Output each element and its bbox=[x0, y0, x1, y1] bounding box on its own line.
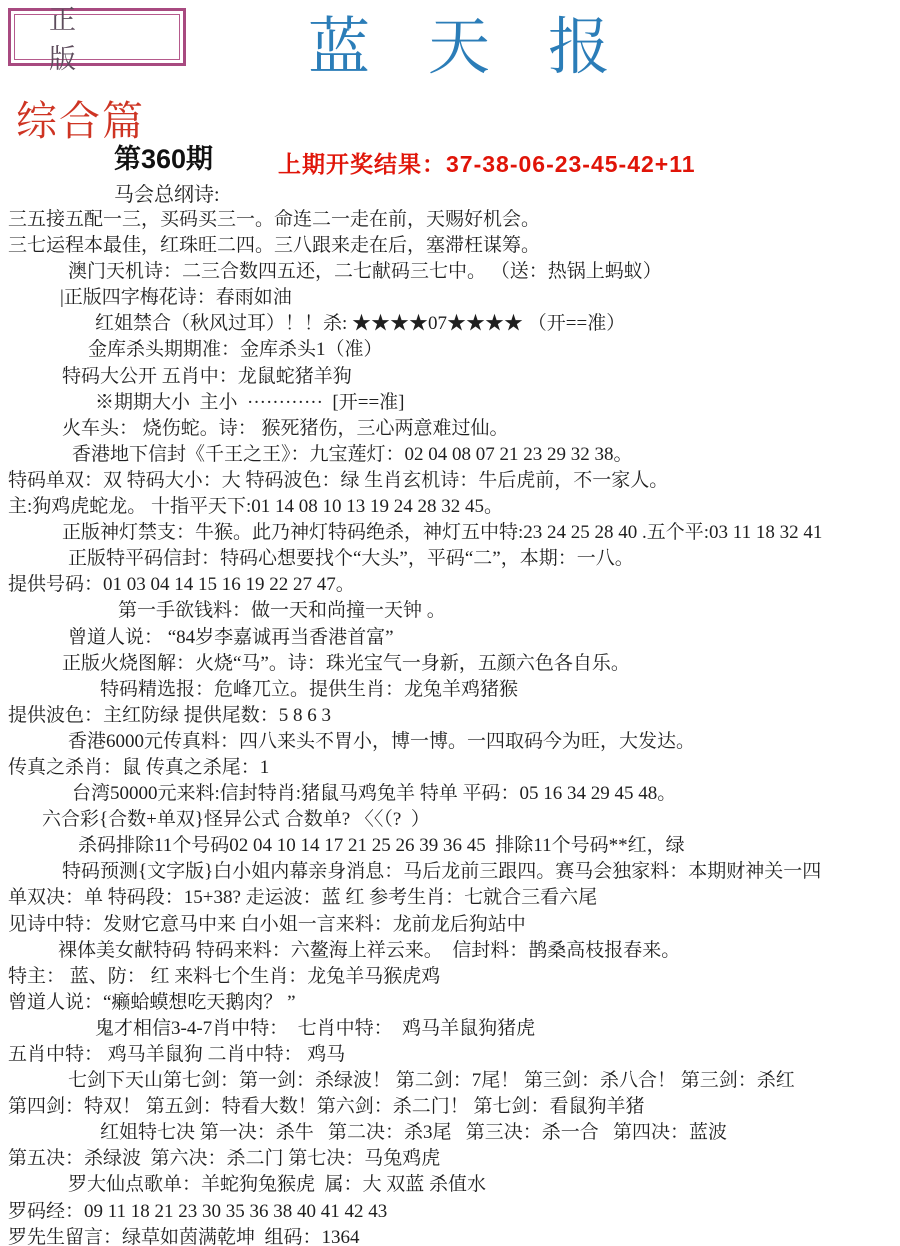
verse-intro-label: 马会总纲诗: bbox=[114, 178, 220, 207]
issue-number: 第360期 bbox=[114, 137, 213, 176]
body-line: 正版神灯禁支：牛猴。此乃神灯特码绝杀，神灯五中特:23 24 25 28 40 … bbox=[0, 520, 900, 546]
body-line: 主:狗鸡虎蛇龙。 十指平天下:01 14 08 10 13 19 24 28 3… bbox=[0, 494, 900, 520]
body-line: 澳门天机诗：二三合数四五还，二七献码三七中。 （送：热锅上蚂蚁） bbox=[0, 259, 900, 285]
body-line: 红姐禁合（秋风过耳）！！杀: ★★★★07★★★★ （开==准） bbox=[0, 311, 900, 337]
body-line: 金库杀头期期准：金库杀头1（准） bbox=[0, 337, 900, 363]
authentic-stamp-inner-border: 正 版 bbox=[14, 14, 180, 60]
body-line: ※期期大小 主小 ············ [开==准] bbox=[0, 390, 900, 416]
body-line: 鬼才相信3-4-7肖中特： 七肖中特： 鸡马羊鼠狗猪虎 bbox=[0, 1016, 900, 1042]
body-line: 三五接五配一三，买码买三一。命连二一走在前，天赐好机会。 bbox=[0, 207, 900, 233]
authentic-stamp-label: 正 版 bbox=[15, 0, 179, 76]
body-line: 特码精选报：危峰兀立。提供生肖：龙兔羊鸡猪猴 bbox=[0, 677, 900, 703]
body-line: 红姐特七决 第一决：杀牛 第二决：杀3尾 第三决：杀一合 第四决：蓝波 bbox=[0, 1120, 900, 1146]
body-line: 罗大仙点歌单：羊蛇狗兔猴虎 属：大 双蓝 杀值水 bbox=[0, 1172, 900, 1198]
body-line: 见诗中特：发财它意马中来 白小姐一言来料：龙前龙后狗站中 bbox=[0, 912, 900, 938]
body-line: 火车头： 烧伤蛇。诗： 猴死猪伤，三心两意难过仙。 bbox=[0, 416, 900, 442]
body-line: 三七运程本最佳，红珠旺二四。三八跟来走在后，塞滞枉谋筹。 bbox=[0, 233, 900, 259]
body-line: 曾道人说：“癞蛤蟆想吃天鹅肉？ ” bbox=[0, 990, 900, 1016]
body-line: 提供波色：主红防绿 提供尾数：5 8 6 3 bbox=[0, 703, 900, 729]
body-line: 正版火烧图解：火烧“马”。诗：珠光宝气一身新，五颜六色各自乐。 bbox=[0, 651, 900, 677]
last-draw-result: 上期开奖结果：37-38-06-23-45-42+11 bbox=[278, 146, 696, 179]
body-line: 单双决：单 特码段：15+38? 走运波：蓝 红 参考生肖：七就合三看六尾 bbox=[0, 885, 900, 911]
body-line: 特码预测{文字版}白小姐内幕亲身消息：马后龙前三跟四。赛马会独家料：本期财神关一… bbox=[0, 859, 900, 885]
body-lines: 三五接五配一三，买码买三一。命连二一走在前，天赐好机会。三七运程本最佳，红珠旺二… bbox=[0, 207, 900, 1246]
body-line: |正版四字梅花诗：春雨如油 bbox=[0, 285, 900, 311]
body-line: 特码大公开 五肖中：龙鼠蛇猪羊狗 bbox=[0, 364, 900, 390]
body-line: 杀码排除11个号码02 04 10 14 17 21 25 26 39 36 4… bbox=[0, 833, 900, 859]
body-line: 罗码经：09 11 18 21 23 30 35 36 38 40 41 42 … bbox=[0, 1199, 900, 1225]
body-line: 提供号码：01 03 04 14 15 16 19 22 27 47。 bbox=[0, 572, 900, 598]
body-line: 正版特平码信封：特码心想要找个“大头”，平码“二”，本期：一八。 bbox=[0, 546, 900, 572]
body-line: 六合彩{合数+单双}怪异公式 合数单? 〈〈（? ） bbox=[0, 807, 900, 833]
body-line: 传真之杀肖：鼠 传真之杀尾：1 bbox=[0, 755, 900, 781]
body-line: 第四剑：特双！ 第五剑：特看大数！第六剑：杀二门！ 第七剑：看鼠狗羊猪 bbox=[0, 1094, 900, 1120]
newspaper-page: 正 版 蓝天报 综合篇 第360期 上期开奖结果：37-38-06-23-45-… bbox=[0, 0, 900, 1246]
body-line: 裸体美女献特码 特码来料：六鳌海上祥云来。 信封料：鹊桑高枝报春来。 bbox=[0, 938, 900, 964]
body-line: 特主： 蓝、防： 红 来料七个生肖：龙兔羊马猴虎鸡 bbox=[0, 964, 900, 990]
body-line: 七剑下天山第七剑：第一剑：杀绿波！ 第二剑：7尾！ 第三剑：杀八合！ 第三剑：杀… bbox=[0, 1068, 900, 1094]
authentic-stamp-box: 正 版 bbox=[8, 8, 186, 66]
body-line: 第五决：杀绿波 第六决：杀二门 第七决：马兔鸡虎 bbox=[0, 1146, 900, 1172]
body-line: 第一手欲钱料：做一天和尚撞一天钟 。 bbox=[0, 598, 900, 624]
body-line: 曾道人说： “84岁李嘉诚再当香港首富” bbox=[0, 625, 900, 651]
body-line: 五肖中特： 鸡马羊鼠狗 二肖中特： 鸡马 bbox=[0, 1042, 900, 1068]
body-line: 香港地下信封《千王之王》：九宝莲灯：02 04 08 07 21 23 29 3… bbox=[0, 442, 900, 468]
body-line: 特码单双：双 特码大小：大 特码波色：绿 生肖玄机诗：牛后虎前，不一家人。 bbox=[0, 468, 900, 494]
body-line: 香港6000元传真料：四八来头不胃小，博一博。一四取码今为旺，大发达。 bbox=[0, 729, 900, 755]
body-line: 罗先生留言：绿草如茵满乾坤 组码：1364 bbox=[0, 1225, 900, 1246]
body-line: 台湾50000元来料:信封特肖:猪鼠马鸡兔羊 特单 平码：05 16 34 29… bbox=[0, 781, 900, 807]
paper-title: 蓝天报 bbox=[308, 12, 668, 84]
